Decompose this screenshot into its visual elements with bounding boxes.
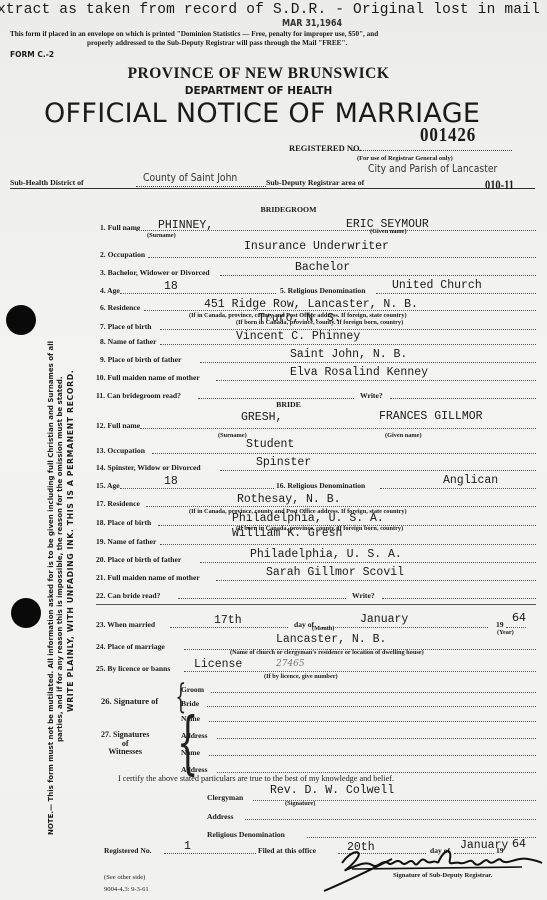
dotted-line xyxy=(160,544,536,545)
bride-mother-row: 21. Full maiden name of mother Sarah Gil… xyxy=(96,568,536,582)
province-heading: PROVINCE OF NEW BRUNSWICK xyxy=(0,65,547,83)
dotted-line xyxy=(390,398,536,399)
licence-number: 27465 xyxy=(276,659,305,669)
witness1-name-row: Name xyxy=(181,709,536,723)
groom-age: 18 xyxy=(164,280,178,293)
bride-religion: Anglican xyxy=(443,474,498,487)
witness1-address-label: Address xyxy=(181,731,207,740)
licence-hint: (If by licence, give number) xyxy=(264,673,338,680)
bride-father-birthplace: Philadelphia, U. S. A. xyxy=(250,548,402,561)
sub-health-district-label: Sub-Health District of xyxy=(10,178,84,187)
marriage-place: Lancaster, N. B. xyxy=(276,633,386,646)
month-hint: (Month) xyxy=(312,625,334,632)
groom-father-birthplace: Saint John, N. B. xyxy=(290,348,407,361)
registered-no-note: (For use of Registrar General only) xyxy=(357,155,453,162)
margin-note-line3: WRITE PLAINLY, WITH UNFADING INK. THIS I… xyxy=(66,370,75,712)
sdr-area-label: Sub-Deputy Registrar area of xyxy=(266,178,364,187)
dotted-line xyxy=(209,721,536,722)
margin-note-line2: parties, and if for any reason this is i… xyxy=(56,376,64,742)
dotted-line xyxy=(209,755,536,756)
dotted-line xyxy=(140,428,536,429)
bride-age-label: 15. Age xyxy=(96,481,120,490)
groom-residence-row: 6. Residence 451 Ridge Row, Lancaster, N… xyxy=(96,298,536,312)
groom-full-name-row: 1. Full name PHINNEY, ERIC SEYMOUR xyxy=(96,218,536,232)
groom-mother-row: 10. Full maiden name of mother Elva Rosa… xyxy=(96,368,536,382)
groom-mother: Elva Rosalind Kenney xyxy=(290,366,428,379)
bride-religion-label: 16. Religious Denomination xyxy=(276,481,365,490)
dotted-line xyxy=(307,837,536,838)
dotted-line xyxy=(376,293,536,294)
punch-hole-top xyxy=(6,305,36,335)
bride-occupation: Student xyxy=(246,438,294,451)
filing-registered-no-label: Registered No. xyxy=(104,846,152,855)
section-divider xyxy=(96,604,536,605)
dotted-line xyxy=(170,627,288,628)
year-prefix: 19 xyxy=(496,620,504,629)
bride-age-religion-row: 15. Age 18 16. Religious Denomination An… xyxy=(96,476,536,490)
groom-age-religion-row: 4. Age 18 5. Religious Denomination Unit… xyxy=(96,281,536,295)
filed-at-office-label: Filed at this office xyxy=(258,846,316,855)
clergyman-address-label: Address xyxy=(207,812,233,821)
bride-write-label: Write? xyxy=(352,591,375,600)
groom-read-label: 11. Can bridegroom read? xyxy=(96,391,181,400)
dotted-line xyxy=(200,562,536,563)
witness2-name-label: Name xyxy=(181,748,200,757)
dotted-line xyxy=(198,398,354,399)
groom-birthplace-hint: (If born in Canada, province, county. If… xyxy=(236,319,403,326)
dotted-line xyxy=(216,580,536,581)
clergyman-name: Rev. D. W. Colwell xyxy=(270,784,394,797)
clergyman-address-row: Address xyxy=(207,807,536,821)
groom-occupation: Insurance Underwriter xyxy=(244,240,389,253)
licence-type: License xyxy=(194,658,242,671)
groom-mother-label: 10. Full maiden name of mother xyxy=(96,373,200,382)
certification-statement: I certify the above stated particulars a… xyxy=(118,774,394,783)
dotted-line xyxy=(506,627,526,628)
marriage-day: 17th xyxy=(214,614,242,627)
bride-status: Spinster xyxy=(256,456,311,469)
bride-father: William K. Gresh xyxy=(232,527,342,540)
place-hint: (Name of church or clergyman's residence… xyxy=(230,649,424,656)
bride-heading: BRIDE xyxy=(0,400,547,409)
groom-age-label: 4. Age xyxy=(100,286,120,295)
see-other-side-note: (See other side) xyxy=(104,874,145,881)
bride-given-hint: (Given name) xyxy=(385,432,422,439)
bride-surname: GRESH, xyxy=(241,411,282,424)
when-married-label: 23. When married xyxy=(96,620,155,629)
groom-surname: PHINNEY, xyxy=(158,219,213,232)
received-stamp: MAR 31,1964 xyxy=(282,18,342,29)
bride-father-birthplace-row: 20. Place of birth of father Philadelphi… xyxy=(96,550,536,564)
licence-or-banns-label: 25. By licence or banns xyxy=(96,664,170,673)
bride-mother: Sarah Gillmor Scovil xyxy=(266,566,404,579)
marriage-year: 64 xyxy=(512,611,526,624)
registered-no-value: 001426 xyxy=(420,124,476,147)
punch-hole-bottom xyxy=(11,598,41,628)
form-number: FORM C.-2 xyxy=(10,50,54,59)
bride-residence: Rothesay, N. B. xyxy=(237,493,341,506)
registered-no-line xyxy=(352,150,512,151)
clergyman-denomination-row: Religious Denomination xyxy=(207,825,536,839)
witness2-name-row: Name xyxy=(181,743,536,757)
dotted-line xyxy=(217,772,536,773)
groom-father: Vincent C. Phinney xyxy=(236,330,360,343)
groom-father-birthplace-row: 9. Place of birth of father Saint John, … xyxy=(96,350,536,364)
dotted-line xyxy=(184,671,536,672)
bride-father-row: 19. Name of father William K. Gresh xyxy=(96,532,536,546)
year-hint: (Year) xyxy=(497,629,514,636)
witness2-address-row: Address xyxy=(181,760,536,774)
marriage-notice-page: NOTE.— This form must not be mutilated. … xyxy=(0,0,547,900)
dotted-line xyxy=(152,453,536,454)
clergyman-row: Clergyman Rev. D. W. Colwell xyxy=(207,788,536,802)
clergyman-signature-hint: (Signature) xyxy=(285,800,315,807)
bride-given-name: FRANCES GILLMOR xyxy=(379,410,483,423)
document-title: OFFICIAL NOTICE OF MARRIAGE xyxy=(44,98,480,129)
groom-surname-hint: (Surname) xyxy=(147,232,176,239)
dotted-line xyxy=(211,692,536,693)
groom-father-label: 8. Name of father xyxy=(100,337,157,346)
bridegroom-heading: BRIDEGROOM xyxy=(0,205,547,214)
dotted-line xyxy=(120,488,274,489)
groom-father-birthplace-label: 9. Place of birth of father xyxy=(100,355,181,364)
dotted-line xyxy=(160,344,536,345)
dotted-line xyxy=(382,598,536,599)
dotted-line xyxy=(217,738,536,739)
bride-signature-row: Bride xyxy=(181,694,536,708)
witness1-name-label: Name xyxy=(181,714,200,723)
groom-read-write-row: 11. Can bridegroom read? Write? xyxy=(96,386,536,400)
groom-father-row: 8. Name of father Vincent C. Phinney xyxy=(96,332,536,346)
groom-religion: United Church xyxy=(392,279,482,292)
bride-age: 18 xyxy=(164,475,178,488)
bride-mother-label: 21. Full maiden name of mother xyxy=(96,573,200,582)
groom-residence-label: 6. Residence xyxy=(100,303,140,312)
bride-full-name-row: 12. Full name GRESH, FRANCES GILLMOR xyxy=(96,416,536,430)
sdr-area-code: 010-11 xyxy=(485,177,514,193)
clergyman-label: Clergyman xyxy=(207,793,243,802)
registrar-signature xyxy=(322,843,544,895)
groom-given-hint: (Given name) xyxy=(370,228,407,235)
bride-occupation-row: 13. Occupation Student xyxy=(96,441,536,455)
dotted-line xyxy=(146,506,536,507)
groom-write-label: Write? xyxy=(360,391,383,400)
mail-note-line2: properly addressed to the Sub-Deputy Reg… xyxy=(87,39,347,47)
dotted-line xyxy=(380,488,536,489)
signature-of-label: 26. Signature of xyxy=(101,696,158,706)
dotted-line xyxy=(120,293,276,294)
groom-status-label: 3. Bachelor, Widower or Divorced xyxy=(100,268,210,277)
witness1-address-row: Address xyxy=(181,726,536,740)
dotted-line xyxy=(220,275,536,276)
groom-full-name-label: 1. Full name xyxy=(100,223,140,232)
bride-full-name-label: 12. Full name xyxy=(96,421,140,430)
groom-occupation-row: 2. Occupation Insurance Underwriter xyxy=(96,245,536,259)
dotted-line xyxy=(148,257,536,258)
bride-read-write-row: 22. Can bride read? Write? xyxy=(96,586,536,600)
dotted-line xyxy=(322,627,488,628)
bride-residence-row: 17. Residence Rothesay, N. B. xyxy=(96,494,536,508)
bride-read-label: 22. Can bride read? xyxy=(96,591,160,600)
groom-residence: 451 Ridge Row, Lancaster, N. B. xyxy=(204,298,418,311)
marriage-month: January xyxy=(360,613,408,626)
dotted-line xyxy=(245,819,536,820)
groom-signature-row: Groom xyxy=(181,680,536,694)
bride-residence-label: 17. Residence xyxy=(96,499,140,508)
sub-health-district-line xyxy=(136,186,266,187)
margin-note-line1: NOTE.— This form must not be mutilated. … xyxy=(47,341,55,835)
dotted-line xyxy=(200,362,536,363)
groom-status: Bachelor xyxy=(295,261,350,274)
department-heading: DEPARTMENT OF HEALTH xyxy=(0,85,547,97)
bride-status-row: 14. Spinster, Widow or Divorced Spinster xyxy=(96,458,536,472)
dotted-line xyxy=(207,706,536,707)
groom-occupation-label: 2. Occupation xyxy=(100,250,145,259)
clergyman-denomination-label: Religious Denomination xyxy=(207,830,285,839)
licence-row: 25. By licence or banns License 27465 xyxy=(96,659,536,673)
groom-religion-label: 5. Religious Denomination xyxy=(280,286,365,295)
bride-surname-hint: (Surname) xyxy=(218,432,247,439)
sub-health-district-value: County of Saint John xyxy=(143,172,237,184)
groom-signature-label: Groom xyxy=(181,685,204,694)
witness-label-line3: Witnesses xyxy=(101,748,149,757)
bride-father-label: 19. Name of father xyxy=(96,537,156,546)
bride-father-birthplace-label: 20. Place of birth of father xyxy=(96,555,181,564)
filing-registered-no: 1 xyxy=(184,840,191,853)
dotted-line xyxy=(216,380,536,381)
print-code: 9004-4.3: 9-3-61 xyxy=(104,886,149,893)
sdr-area-value: City and Parish of Lancaster xyxy=(368,163,497,175)
bride-status-label: 14. Spinster, Widow or Divorced xyxy=(96,463,201,472)
place-of-marriage-label: 24. Place of marriage xyxy=(96,642,165,651)
groom-status-row: 3. Bachelor, Widower or Divorced Bachelo… xyxy=(96,263,536,277)
witness2-address-label: Address xyxy=(181,765,207,774)
registered-no-label: REGISTERED NO. xyxy=(289,143,362,153)
bride-birthplace-label: 18. Place of birth xyxy=(96,518,151,527)
witness-signatures-label: 27. Signatures of Witnesses xyxy=(101,731,149,757)
bride-birthplace: Philadelphia, U. S. A. xyxy=(232,512,384,525)
extract-note: xtract as taken from record of S.D.R. - … xyxy=(0,2,540,18)
mail-note-line1: This form if placed in an envelope on wh… xyxy=(10,30,378,39)
groom-birthplace-label: 7. Place of birth xyxy=(100,322,151,331)
bride-occupation-label: 13. Occupation xyxy=(96,446,145,455)
registrar-signature-hint: Signature of Sub-Deputy Registrar. xyxy=(393,872,492,879)
dotted-line xyxy=(164,853,256,854)
dotted-line xyxy=(220,470,536,471)
dotted-line xyxy=(178,598,346,599)
